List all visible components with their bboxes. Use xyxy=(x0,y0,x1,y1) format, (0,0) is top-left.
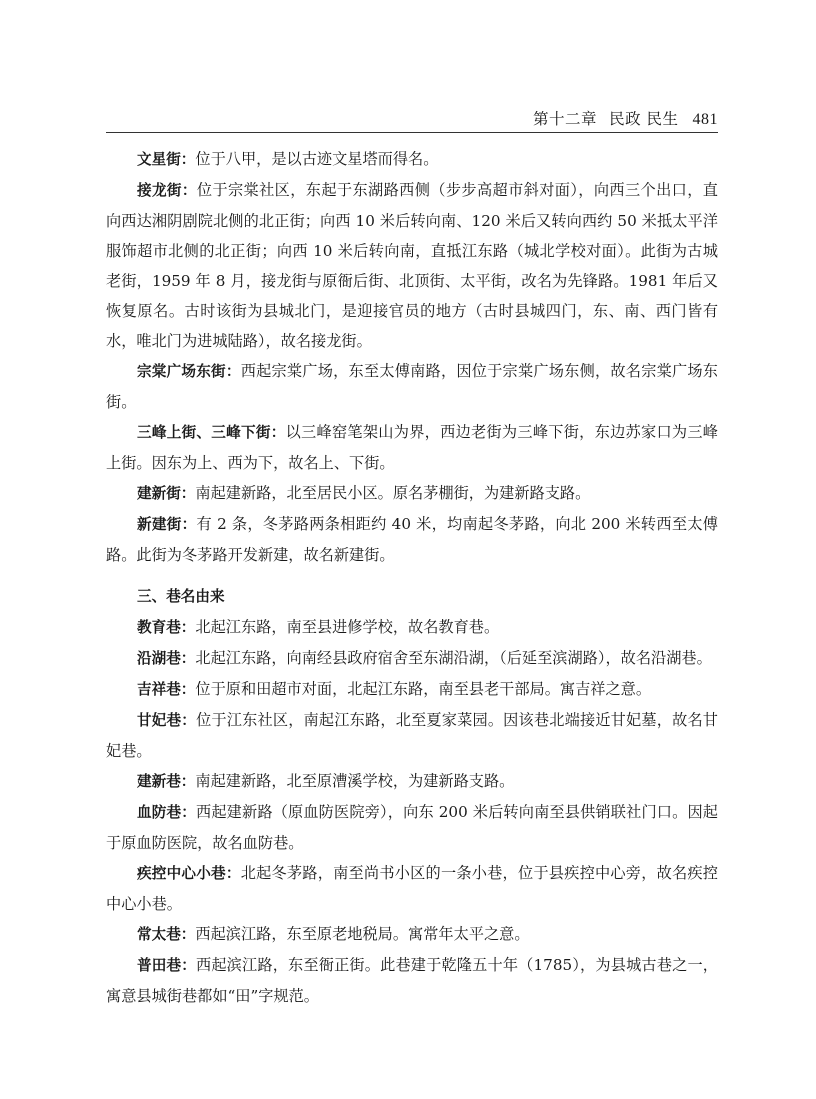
lane-entry-jiaoyu: 教育巷：北起江东路，南至县进修学校，故名教育巷。 xyxy=(106,612,718,643)
entry-term: 文星街： xyxy=(137,151,195,168)
entry-term: 疾控中心小巷： xyxy=(137,865,241,882)
entry-text: 有 2 条，冬茅路两条相距约 40 米，均南起冬茅路，向北 200 米转西至太傅… xyxy=(106,515,718,564)
lane-entry-jianxin: 建新巷：南起建新路，北至原漕溪学校，为建新路支路。 xyxy=(106,766,718,797)
street-entry-xinjian: 新建街：有 2 条，冬茅路两条相距约 40 米，均南起冬茅路，向北 200 米转… xyxy=(106,509,718,570)
entry-text: 位于八甲，是以古迹文星塔而得名。 xyxy=(195,150,438,168)
entry-term: 三峰上街、三峰下街： xyxy=(137,424,286,441)
entry-term: 新建街： xyxy=(137,516,197,533)
entry-term: 宗棠广场东街： xyxy=(137,363,241,380)
entry-term: 普田巷： xyxy=(137,957,196,974)
lane-entry-putian: 普田巷：西起滨江路，东至衙正街。此巷建于乾隆五十年（1785），为县城古巷之一，… xyxy=(106,950,718,1011)
page-number: 481 xyxy=(693,111,719,128)
lane-entry-yanhu: 沿湖巷：北起江东路，向南经县政府宿舍至东湖沿湖，（后延至滨湖路），故名沿湖巷。 xyxy=(106,643,718,674)
street-entry-jielong: 接龙街：位于宗棠社区，东起于东湖路西侧（步步高超市斜对面），向西三个出口，直向西… xyxy=(106,175,718,356)
entry-term: 教育巷： xyxy=(137,619,195,636)
entry-text: 位于原和田超市对面，北起江东路，南至县老干部局。寓吉祥之意。 xyxy=(195,680,651,698)
entry-text: 西起滨江路，东至原老地税局。寓常年太平之意。 xyxy=(195,925,529,943)
entry-text: 南起建新路，北至原漕溪学校，为建新路支路。 xyxy=(195,772,514,790)
entry-text: 南起建新路，北至居民小区。原名茅棚街，为建新路支路。 xyxy=(195,484,590,502)
lane-entry-changtai: 常太巷：西起滨江路，东至原老地税局。寓常年太平之意。 xyxy=(106,919,718,950)
lane-entry-jixiang: 吉祥巷：位于原和田超市对面，北起江东路，南至县老干部局。寓吉祥之意。 xyxy=(106,674,718,705)
entry-text: 位于宗棠社区，东起于东湖路西侧（步步高超市斜对面），向西三个出口，直向西达湘阴剧… xyxy=(106,181,718,350)
entry-term: 甘妃巷： xyxy=(137,712,196,729)
street-entry-zongtang-east: 宗棠广场东街：西起宗棠广场，东至太傅南路，因位于宗棠广场东侧，故名宗棠广场东街。 xyxy=(106,356,718,417)
entry-term: 吉祥巷： xyxy=(137,681,195,698)
street-entry-wenxing: 文星街：位于八甲，是以古迹文星塔而得名。 xyxy=(106,144,718,175)
entry-text: 北起江东路，南至县进修学校，故名教育巷。 xyxy=(195,618,499,636)
street-entry-sanfeng: 三峰上街、三峰下街：以三峰窑笔架山为界，西边老街为三峰下街，东边苏家口为三峰上街… xyxy=(106,417,718,478)
entry-text: 西起滨江路，东至衙正街。此巷建于乾隆五十年（1785），为县城古巷之一，寓意县城… xyxy=(106,956,718,1005)
entry-term: 血防巷： xyxy=(137,804,196,821)
lane-entry-ganfei: 甘妃巷：位于江东社区，南起江东路，北至夏家菜园。因该巷北端接近甘妃墓，故名甘妃巷… xyxy=(106,705,718,766)
entry-text: 西起建新路（原血防医院旁），向东 200 米后转向南至县供销联社门口。因起于原血… xyxy=(106,803,718,852)
running-header: 第十二章民政 民生481 xyxy=(106,108,718,133)
entry-text: 北起江东路，向南经县政府宿舍至东湖沿湖，（后延至滨湖路），故名沿湖巷。 xyxy=(195,649,711,667)
entry-term: 常太巷： xyxy=(137,926,195,943)
entry-term: 沿湖巷： xyxy=(137,650,195,667)
lane-entry-xuefang: 血防巷：西起建新路（原血防医院旁），向东 200 米后转向南至县供销联社门口。因… xyxy=(106,797,718,858)
chapter-title: 第十二章 xyxy=(533,110,597,128)
entry-term: 建新街： xyxy=(137,485,195,502)
page-body: 文星街：位于八甲，是以古迹文星塔而得名。 接龙街：位于宗棠社区，东起于东湖路西侧… xyxy=(106,144,718,1011)
lane-entry-jikong: 疾控中心小巷：北起冬茅路，南至尚书小区的一条小巷，位于县疾控中心旁，故名疾控中心… xyxy=(106,858,718,919)
entry-term: 建新巷： xyxy=(137,773,195,790)
entry-term: 接龙街： xyxy=(137,182,197,199)
entry-text: 位于江东社区，南起江东路，北至夏家菜园。因该巷北端接近甘妃墓，故名甘妃巷。 xyxy=(106,711,718,760)
section-title: 民政 民生 xyxy=(609,110,678,128)
section-heading: 三、巷名由来 xyxy=(106,582,718,612)
street-entry-jianxin: 建新街：南起建新路，北至居民小区。原名茅棚街，为建新路支路。 xyxy=(106,478,718,509)
